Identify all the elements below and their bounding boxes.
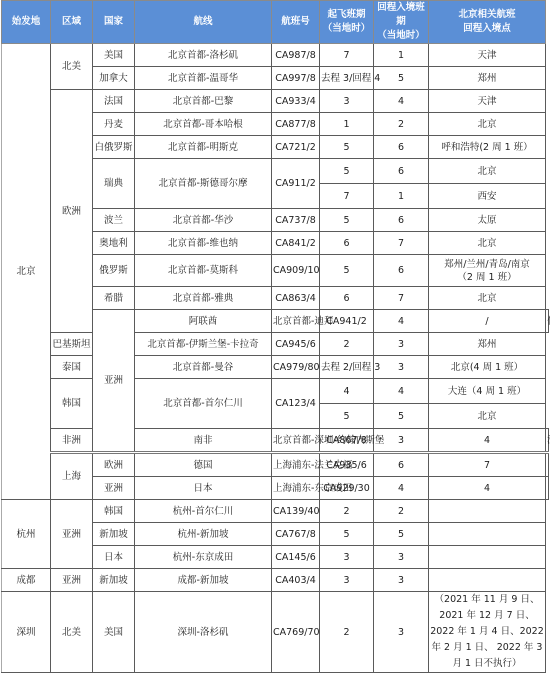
origin-cell: 成都: [2, 569, 51, 592]
flight-cell: CA929/30: [320, 477, 374, 500]
flight-cell: CA769/70: [272, 592, 320, 673]
country-cell: 韩国: [93, 500, 135, 523]
entry-cell: 深圳: [546, 429, 549, 453]
country-cell: 加拿大: [93, 67, 135, 90]
country-cell: 阿联酋: [135, 310, 272, 333]
entry-cell: 北京: [429, 159, 546, 184]
table-row: 杭州 亚洲 韩国 杭州-首尔仁川 CA139/40 2 2: [2, 500, 549, 523]
flight-cell: CA987/8: [272, 44, 320, 67]
entry-cell: 呼和浩特(2 周 1 班）: [429, 136, 546, 159]
route-cell: 北京首都-首尔仁川: [135, 379, 272, 429]
route-cell: 上海浦东-东京成田: [272, 477, 320, 500]
table-row: 成都 亚洲 新加坡 成都-新加坡 CA403/4 3 3: [2, 569, 549, 592]
entry-cell: 西安: [429, 184, 546, 209]
route-cell: 杭州-首尔仁川: [135, 500, 272, 523]
flight-cell: CA737/8: [272, 209, 320, 232]
route-cell: 北京首都-维也纳: [135, 232, 272, 255]
depart-cell: 5: [320, 209, 374, 232]
country-cell: 俄罗斯: [93, 255, 135, 287]
return-cell: 3: [374, 356, 429, 379]
country-cell: 韩国: [51, 379, 93, 429]
return-cell: 7: [429, 453, 546, 477]
table-row: 深圳 北美 美国 深圳-洛杉矶 CA769/70 2 3 （2021 年 11 …: [2, 592, 549, 673]
entry-cell: 仅执行去程航班: [546, 310, 549, 333]
origin-cell: 北京: [2, 44, 51, 500]
return-cell: 4: [429, 429, 546, 453]
country-cell: 奥地利: [93, 232, 135, 255]
flight-cell: CA909/10: [272, 255, 320, 287]
return-cell: 5: [374, 523, 429, 546]
flight-cell: CA767/8: [272, 523, 320, 546]
flight-cell: CA403/4: [272, 569, 320, 592]
region-cell: 欧洲: [93, 453, 135, 477]
route-cell: 杭州-东京成田: [135, 546, 272, 569]
depart-cell: 3: [320, 90, 374, 113]
depart-cell: 5: [320, 523, 374, 546]
return-cell: 6: [374, 159, 429, 184]
flight-cell: CA841/2: [272, 232, 320, 255]
region-cell: 亚洲: [51, 569, 93, 592]
origin-cell: 杭州: [2, 500, 51, 569]
depart-cell: 2: [320, 333, 374, 356]
flight-cell: CA933/4: [272, 90, 320, 113]
country-cell: 波兰: [93, 209, 135, 232]
region-cell: 亚洲: [51, 500, 93, 569]
return-cell: 4: [374, 90, 429, 113]
depart-cell: 3: [320, 546, 374, 569]
flight-cell: CA877/8: [272, 113, 320, 136]
header-return-days: 回程入境班期（当地时）: [374, 1, 429, 44]
region-cell: 北美: [51, 44, 93, 90]
route-cell: 北京首都-迪拜: [272, 310, 320, 333]
depart-cell: 去程 2/回程 3: [320, 356, 374, 379]
depart-cell: 去程 3/回程 4: [320, 67, 374, 90]
return-cell: 1: [374, 44, 429, 67]
return-cell: 2: [374, 500, 429, 523]
flight-cell: CA945/6: [272, 333, 320, 356]
entry-cell: [429, 569, 546, 592]
route-cell: 北京首都-伊斯兰堡-卡拉奇: [135, 333, 272, 356]
entry-cell: [429, 546, 546, 569]
flight-cell: CA997/8: [272, 67, 320, 90]
country-cell: 丹麦: [93, 113, 135, 136]
header-country: 国家: [93, 1, 135, 44]
return-cell: /: [429, 310, 546, 333]
return-cell: 3: [374, 333, 429, 356]
table-row: 欧洲 法国 北京首都-巴黎 CA933/4 3 4 天津: [2, 90, 549, 113]
depart-cell: 4: [320, 379, 374, 404]
route-cell: 杭州-新加坡: [135, 523, 272, 546]
header-route: 航线: [135, 1, 272, 44]
route-cell: 深圳-洛杉矶: [135, 592, 272, 673]
header-flight-no: 航班号: [272, 1, 320, 44]
region-cell: 亚洲: [93, 310, 135, 453]
flight-cell: CA123/4: [272, 379, 320, 429]
table-row: 非洲 南非 北京首都-深圳-约翰内斯堡 CA867/8 3 4 深圳: [2, 429, 549, 453]
entry-cell: 北京: [429, 113, 546, 136]
return-cell: 3: [374, 569, 429, 592]
entry-cell: 北京: [429, 287, 546, 310]
return-cell: 5: [374, 67, 429, 90]
route-cell: 北京首都-巴黎: [135, 90, 272, 113]
origin-cell: 深圳: [2, 592, 51, 673]
country-cell: 新加坡: [93, 523, 135, 546]
flight-schedule-table: 始发地 区域 国家 航线 航班号 起飞班期（当地时） 回程入境班期（当地时） 北…: [1, 0, 549, 673]
depart-cell: 2: [320, 592, 374, 673]
route-cell: 北京首都-洛杉矶: [135, 44, 272, 67]
route-cell: 成都-新加坡: [135, 569, 272, 592]
flight-cell: CA941/2: [320, 310, 374, 333]
country-cell: 新加坡: [93, 569, 135, 592]
return-cell: 3: [374, 546, 429, 569]
country-cell: 泰国: [51, 356, 93, 379]
depart-cell: 6: [320, 232, 374, 255]
entry-cell: [429, 523, 546, 546]
return-cell: 6: [374, 255, 429, 287]
depart-cell: 7: [320, 184, 374, 209]
entry-cell: 郑州: [429, 67, 546, 90]
return-cell: 6: [374, 209, 429, 232]
return-cell: 4: [429, 477, 546, 500]
route-cell: 北京首都-华沙: [135, 209, 272, 232]
return-cell: 7: [374, 232, 429, 255]
table-row: 巴基斯坦 北京首都-伊斯兰堡-卡拉奇 CA945/6 2 3 郑州: [2, 333, 549, 356]
flight-cell: CA139/40: [272, 500, 320, 523]
return-cell: 7: [374, 287, 429, 310]
country-cell: 南非: [135, 429, 272, 453]
route-cell: 北京首都-明斯克: [135, 136, 272, 159]
country-cell: 日本: [135, 477, 272, 500]
route-cell: 北京首都-雅典: [135, 287, 272, 310]
country-cell: 希腊: [93, 287, 135, 310]
entry-cell: 大连（4 周 1 班）: [429, 379, 546, 404]
depart-cell: 4: [374, 477, 429, 500]
flight-cell: CA721/2: [272, 136, 320, 159]
entry-cell: [546, 453, 549, 477]
header-entry-point: 北京相关航班回程入境点: [429, 1, 546, 44]
depart-cell: 5: [320, 159, 374, 184]
entry-cell: 北京: [429, 232, 546, 255]
country-cell: 瑞典: [93, 159, 135, 209]
route-cell: 北京首都-温哥华: [135, 67, 272, 90]
entry-cell: 北京(4 周 1 班）: [429, 356, 546, 379]
depart-cell: 6: [374, 453, 429, 477]
entry-cell: 北京: [429, 404, 546, 429]
entry-cell: 郑州/兰州/青岛/南京（2 周 1 班）: [429, 255, 546, 287]
depart-cell: 5: [320, 404, 374, 429]
flight-cell: CA867/8: [320, 429, 374, 453]
country-cell: 日本: [93, 546, 135, 569]
header-region: 区域: [51, 1, 93, 44]
entry-note-cell: （2021 年 11 月 9 日、2021 年 12 月 7 日、2022 年 …: [429, 592, 546, 673]
table-row: 泰国 北京首都-曼谷 CA979/80 去程 2/回程 3 3 北京(4 周 1…: [2, 356, 549, 379]
country-cell: 德国: [135, 453, 272, 477]
region-cell: 亚洲: [93, 477, 135, 500]
header-depart-days: 起飞班期（当地时）: [320, 1, 374, 44]
entry-cell: [429, 500, 546, 523]
return-cell: 4: [374, 379, 429, 404]
table-row: 北京 北美 美国 北京首都-洛杉矶 CA987/8 7 1 天津: [2, 44, 549, 67]
table-header-row: 始发地 区域 国家 航线 航班号 起飞班期（当地时） 回程入境班期（当地时） 北…: [2, 1, 549, 44]
flight-cell: CA911/2: [272, 159, 320, 209]
country-cell: 法国: [93, 90, 135, 113]
return-cell: 1: [374, 184, 429, 209]
return-cell: 2: [374, 113, 429, 136]
depart-cell: 5: [320, 255, 374, 287]
depart-cell: 2: [320, 500, 374, 523]
route-cell: 北京首都-曼谷: [135, 356, 272, 379]
table-row: 上海 欧洲 德国 上海浦东-法兰克福 CA935/6 6 7: [2, 453, 549, 477]
entry-cell: 天津: [429, 44, 546, 67]
origin-cell: 上海: [51, 453, 93, 500]
table-row: 韩国 北京首都-首尔仁川 CA123/4 4 4 大连（4 周 1 班）: [2, 379, 549, 404]
region-cell: 非洲: [51, 429, 93, 453]
depart-cell: 7: [320, 44, 374, 67]
country-cell: 美国: [93, 44, 135, 67]
country-cell: 白俄罗斯: [93, 136, 135, 159]
depart-cell: 1: [320, 113, 374, 136]
flight-cell: CA863/4: [272, 287, 320, 310]
flight-cell: CA935/6: [320, 453, 374, 477]
depart-cell: 6: [320, 287, 374, 310]
country-cell: 美国: [93, 592, 135, 673]
route-cell: 北京首都-哥本哈根: [135, 113, 272, 136]
return-cell: 5: [374, 404, 429, 429]
depart-cell: 3: [320, 569, 374, 592]
return-cell: 6: [374, 136, 429, 159]
depart-cell: 4: [374, 310, 429, 333]
route-cell: 北京首都-深圳-约翰内斯堡: [272, 429, 320, 453]
entry-cell: 郑州: [429, 333, 546, 356]
route-cell: 北京首都-斯德哥尔摩: [135, 159, 272, 209]
header-origin: 始发地: [2, 1, 51, 44]
entry-cell: [546, 477, 549, 500]
country-cell: 巴基斯坦: [51, 333, 93, 356]
route-cell: 北京首都-莫斯科: [135, 255, 272, 287]
region-cell: 北美: [51, 592, 93, 673]
depart-cell: 5: [320, 136, 374, 159]
route-cell: 上海浦东-法兰克福: [272, 453, 320, 477]
entry-cell: 天津: [429, 90, 546, 113]
flight-cell: CA145/6: [272, 546, 320, 569]
region-cell: 欧洲: [51, 90, 93, 333]
return-cell: 3: [374, 592, 429, 673]
flight-cell: CA979/80: [272, 356, 320, 379]
entry-cell: 太原: [429, 209, 546, 232]
